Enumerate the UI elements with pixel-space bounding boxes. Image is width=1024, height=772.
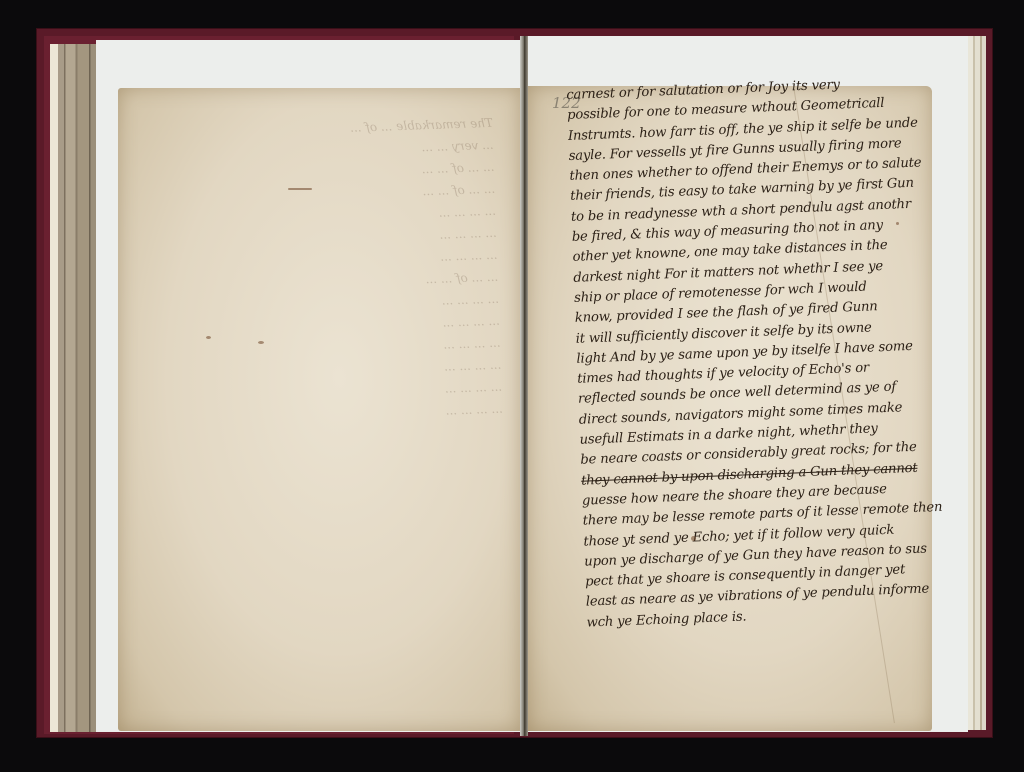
book-gutter bbox=[520, 36, 528, 736]
manuscript-leaf-right: 122 carnest or for salutation or for Joy… bbox=[528, 86, 932, 731]
ink-spot bbox=[258, 341, 264, 344]
page-edges-right bbox=[966, 36, 986, 730]
ink-spot bbox=[896, 222, 899, 225]
endpaper-edge-left bbox=[50, 44, 58, 732]
handwritten-text: carnest or for salutation or for Joy its… bbox=[566, 72, 947, 633]
ink-stroke bbox=[288, 188, 312, 190]
show-through-text: The remarkable ... of ... ... very ... .… bbox=[133, 112, 504, 432]
ink-spot bbox=[691, 536, 696, 541]
ink-spot bbox=[206, 336, 211, 339]
manuscript-leaf-left: The remarkable ... of ... ... very ... .… bbox=[118, 88, 520, 731]
